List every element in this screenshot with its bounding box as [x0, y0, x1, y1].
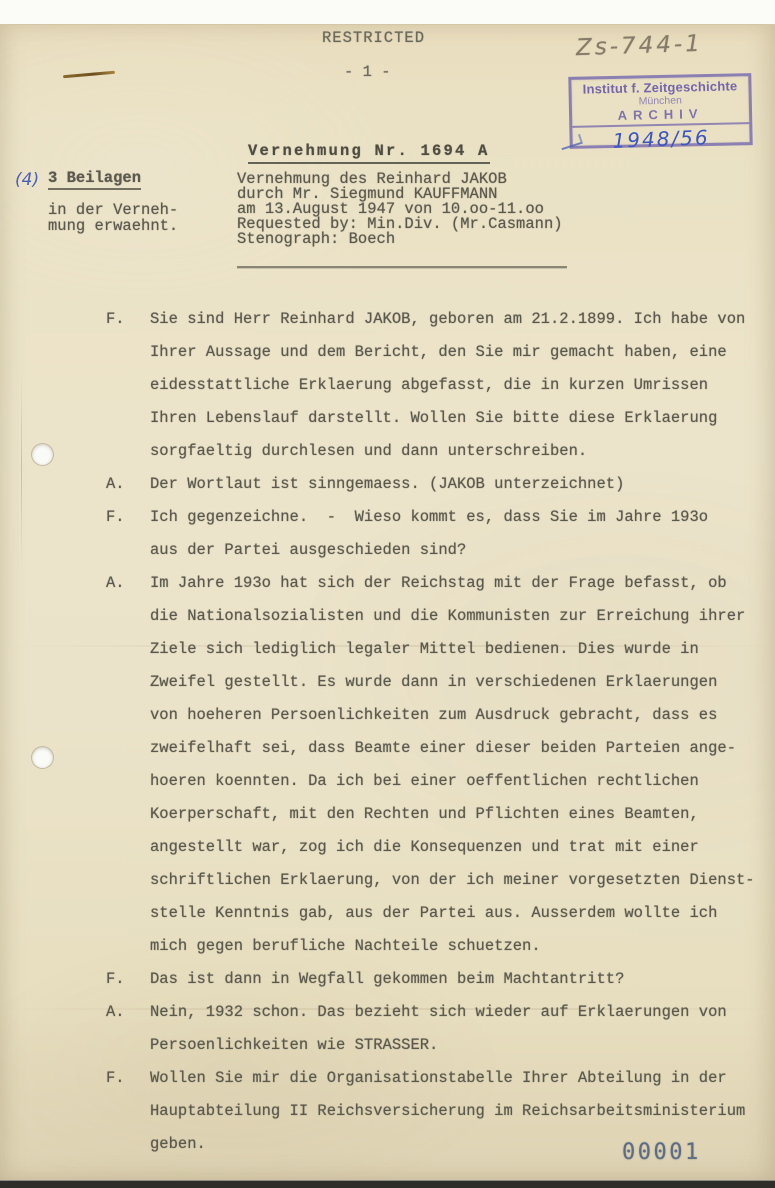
scan-bottom-edge [0, 1180, 775, 1188]
qa-line: schriftlichen Erklaerung, von der ich me… [150, 864, 768, 897]
qa-line: Ihrer Aussage und dem Bericht, den Sie m… [150, 336, 768, 369]
speaker-label: F. [106, 303, 150, 468]
speaker-label: A. [106, 996, 150, 1062]
serial-number-stamp: 00001 [622, 1140, 701, 1165]
archive-stamp: Institut f. Zeitgeschichte München ARCHI… [568, 73, 752, 149]
qa-line: stelle Kenntnis gab, aus der Partei aus.… [150, 897, 768, 930]
qa-line: Nein, 1932 schon. Das bezieht sich wiede… [150, 996, 768, 1029]
qa-line: aus der Partei ausgeschieden sind? [150, 534, 768, 567]
scanned-document-page: RESTRICTED - 1 - Zs-744-1 Institut f. Ze… [0, 0, 775, 1188]
qa-line: Zweifel gestellt. Es wurde dann in versc… [150, 666, 768, 699]
qa-line: Im Jahre 193o hat sich der Reichstag mit… [150, 567, 768, 600]
qa-line: angestellt war, zog ich die Konsequenzen… [150, 831, 768, 864]
speaker-label: F. [106, 963, 150, 996]
qa-line: Ihren Lebenslauf darstellt. Wollen Sie b… [150, 402, 768, 435]
speaker-label: A. [106, 468, 150, 501]
archive-signature-handwritten: Zs-744-1 [576, 31, 704, 61]
qa-line: Ich gegenzeichne. - Wieso kommt es, dass… [150, 501, 768, 534]
qa-line: hoeren koennten. Da ich bei einer oeffen… [150, 765, 768, 798]
qa-entry: F. Ich gegenzeichne. - Wieso kommt es, d… [106, 501, 768, 567]
page-number: - 1 - [344, 63, 391, 81]
speaker-label: F. [106, 501, 150, 567]
qa-entry: F. Sie sind Herr Reinhard JAKOB, geboren… [106, 303, 768, 468]
document-title: Vernehmung Nr. 1694 A [248, 142, 490, 164]
qa-section: F. Sie sind Herr Reinhard JAKOB, geboren… [106, 303, 768, 1161]
paper-crease [21, 370, 22, 570]
qa-line: Sie sind Herr Reinhard JAKOB, geboren am… [150, 303, 768, 336]
qa-line: die Nationalsozialisten und die Kommunis… [150, 600, 768, 633]
qa-line: eidesstattliche Erklaerung abgefasst, di… [150, 369, 768, 402]
qa-line: Hauptabteilung II Reichsversicherung im … [150, 1095, 768, 1128]
qa-line: Wollen Sie mir die Organisationstabelle … [150, 1062, 768, 1095]
qa-entry: F. Das ist dann in Wegfall gekommen beim… [106, 963, 768, 996]
qa-entry: A. Nein, 1932 schon. Das bezieht sich wi… [106, 996, 768, 1062]
qa-line: von hoeheren Persoenlichkeiten zum Ausdr… [150, 699, 768, 732]
classification-label: RESTRICTED [322, 29, 425, 47]
qa-entry: A. Der Wortlaut ist sinngemaess. (JAKOB … [106, 468, 768, 501]
qa-line: Koerperschaft, mit den Rechten und Pflic… [150, 798, 768, 831]
attachments-note-title: 3 Beilagen [48, 169, 141, 190]
header-line5: Stenograph: Boech [237, 232, 395, 247]
qa-line: Das ist dann in Wegfall gekommen beim Ma… [150, 963, 768, 996]
qa-line: Persoenlichkeiten wie STRASSER. [150, 1029, 768, 1062]
qa-line: Der Wortlaut ist sinngemaess. (JAKOB unt… [150, 468, 768, 501]
qa-line: sorgfaeltig durchlesen und dann untersch… [150, 435, 768, 468]
qa-line: mich gegen berufliche Nachteile schuetze… [150, 930, 768, 963]
stamp-archiv-line: ARCHIV [572, 105, 749, 124]
qa-line: zweifelhaft sei, dass Beamte einer diese… [150, 732, 768, 765]
punch-hole-top [32, 444, 53, 465]
speaker-label: F. [106, 1062, 150, 1161]
speaker-label: A. [106, 567, 150, 963]
attachments-note-line2: mung erwaehnt. [48, 217, 178, 235]
qa-line: Ziele sich lediglich legaler Mittel bedi… [150, 633, 768, 666]
punch-hole-bottom [32, 747, 53, 768]
margin-marker-handwritten: (4) [15, 170, 39, 190]
header-divider [237, 266, 567, 268]
qa-entry: A. Im Jahre 193o hat sich der Reichstag … [106, 567, 768, 963]
